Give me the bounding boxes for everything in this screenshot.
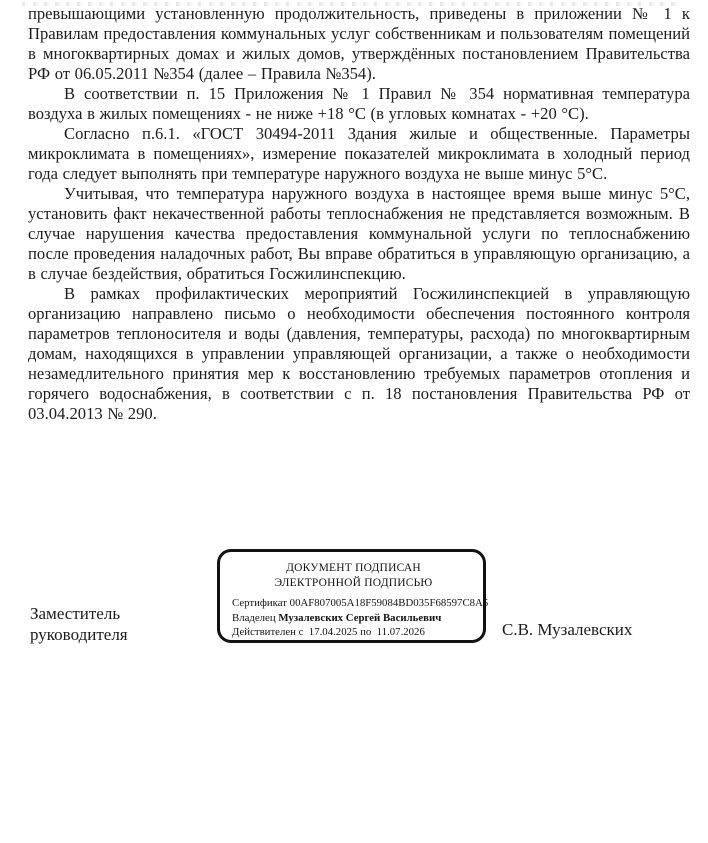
document-body: превышающими установленную продолжительн…	[28, 4, 690, 424]
stamp-title-line2: ЭЛЕКТРОННОЙ ПОДПИСЬЮ	[232, 576, 475, 591]
document-page: превышающими установленную продолжительн…	[0, 0, 708, 843]
validity-row: Действителен с 17.04.2025 по 11.07.2026	[232, 625, 475, 640]
owner-row: Владелец Музалевских Сергей Васильевич	[232, 611, 475, 626]
certificate-label: Сертификат	[232, 597, 287, 609]
paragraph-3: Согласно п.6.1. «ГОСТ 30494-2011 Здания …	[28, 124, 690, 184]
paragraph-1: превышающими установленную продолжительн…	[28, 4, 690, 84]
owner-name: Музалевских Сергей Васильевич	[278, 612, 441, 624]
digital-signature-stamp: ДОКУМЕНТ ПОДПИСАН ЭЛЕКТРОННОЙ ПОДПИСЬЮ С…	[217, 549, 486, 643]
stamp-title: ДОКУМЕНТ ПОДПИСАН ЭЛЕКТРОННОЙ ПОДПИСЬЮ	[232, 561, 475, 590]
certificate-row: Сертификат 00AF807005A18F59084BD035F6859…	[232, 596, 475, 611]
paragraph-2: В соответствии п. 15 Приложения № 1 Прав…	[28, 84, 690, 124]
owner-label: Владелец	[232, 612, 276, 624]
signer-name: С.В. Музалевских	[502, 619, 632, 640]
paragraph-4: Учитывая, что температура наружного возд…	[28, 184, 690, 284]
paragraph-5: В рамках профилактических мероприятий Го…	[28, 284, 690, 424]
certificate-value: 00AF807005A18F59084BD035F68597C8A5	[290, 597, 489, 609]
stamp-title-line1: ДОКУМЕНТ ПОДПИСАН	[232, 561, 475, 576]
signer-position: Заместитель руководителя	[30, 603, 128, 645]
